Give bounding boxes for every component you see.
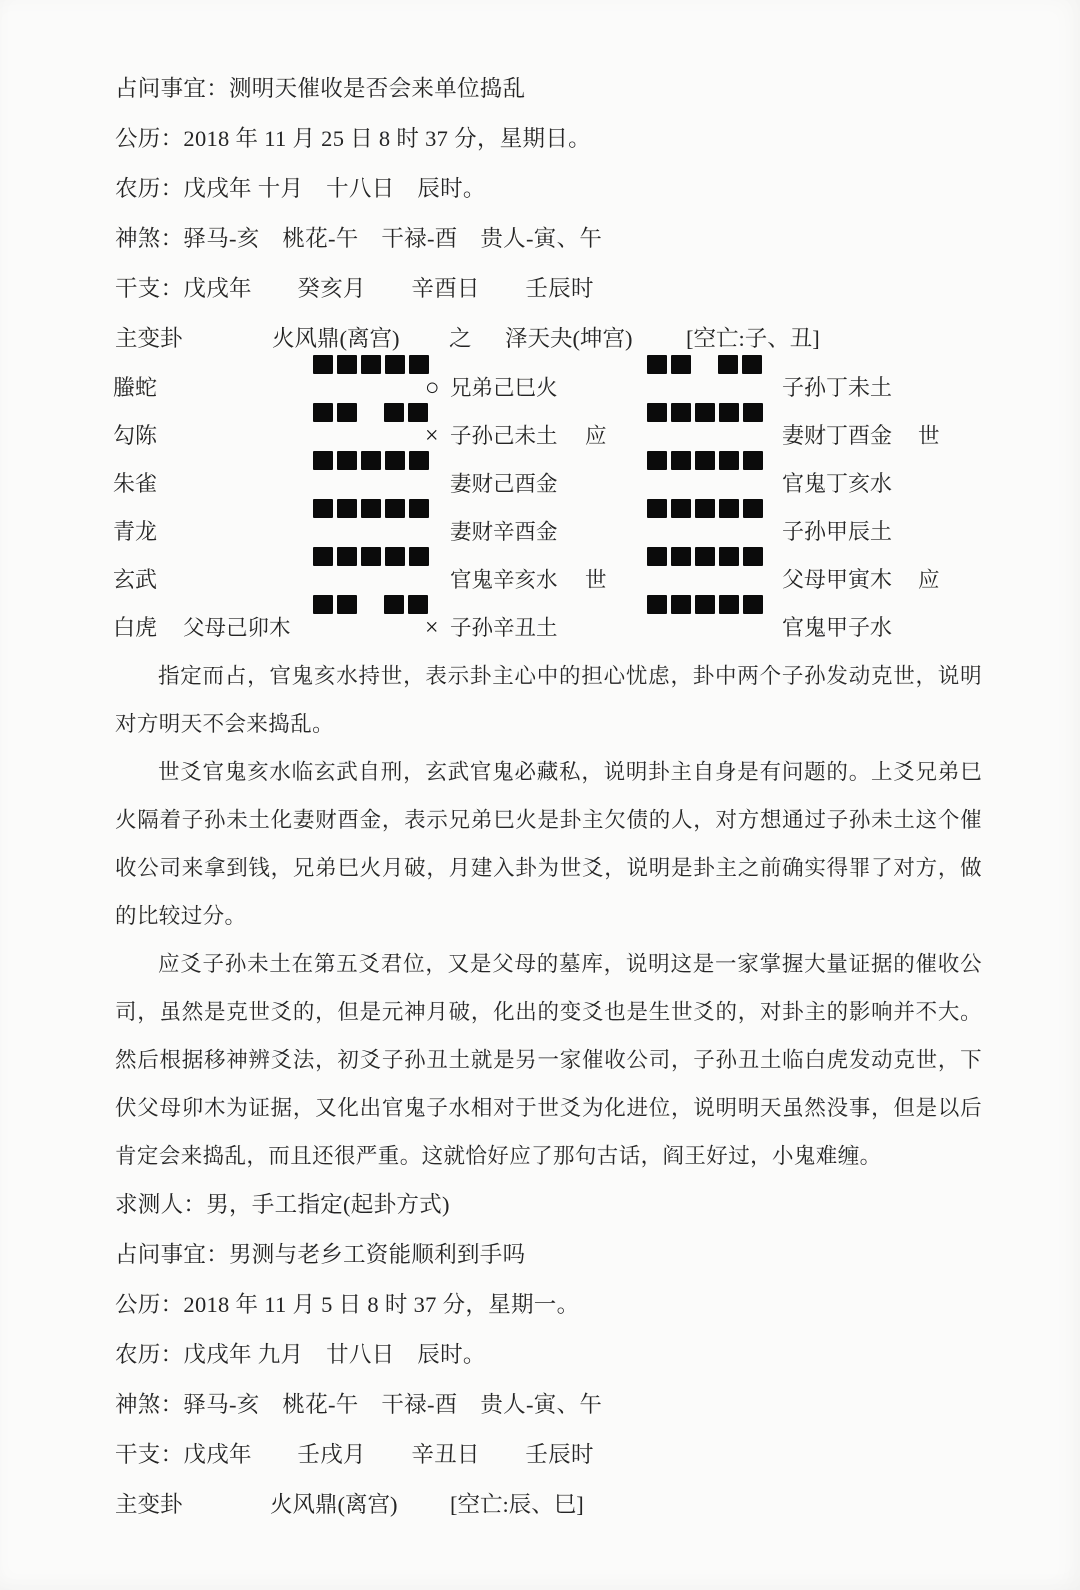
- bar-segment: [647, 499, 667, 518]
- line-relation-text: 子孙己未土: [450, 412, 558, 460]
- solar-date-line: 公历：2018 年 11 月 25 日 8 时 37 分，星期日。: [0, 114, 1080, 164]
- main-hexagram-name: 火风鼎(离宫): [270, 1480, 398, 1530]
- line-relation-text: 妻财辛酉金: [450, 508, 558, 556]
- bar-segment: [743, 595, 763, 614]
- hexagram-row: 朱雀 妻财己酉金 官鬼丁亥水: [0, 460, 1080, 508]
- bar-segment: [671, 451, 691, 470]
- lunar-date-line: 农历：戊戌年 九月 廿八日 辰时。: [0, 1330, 1080, 1380]
- yang-line: [647, 546, 767, 566]
- bar-segment: [361, 547, 381, 566]
- bar-segment: [337, 595, 357, 614]
- bar-segment: [695, 547, 715, 566]
- bar-segment: [647, 595, 667, 614]
- line-relation-text: 官鬼甲子水: [782, 604, 892, 652]
- kongwang-note: [空亡:辰、巳]: [450, 1480, 584, 1530]
- bar-segment: [385, 451, 405, 470]
- analysis-paragraph: 应爻子孙未土在第五爻君位，又是父母的墓库，说明这是一家掌握大量证据的催收公司，虽…: [115, 940, 982, 1180]
- line-relation-text: 妻财丁酉金: [782, 412, 892, 460]
- analysis-paragraph: 世爻官鬼亥水临玄武自刑，玄武官鬼必藏私，说明卦主自身是有问题的。上爻兄弟巳火隔着…: [115, 748, 982, 940]
- bar-segment: [671, 355, 691, 374]
- yang-line: [313, 354, 433, 374]
- yang-line: [313, 546, 433, 566]
- six-god-label: 青龙: [113, 508, 157, 556]
- yin-line: [647, 354, 766, 374]
- yang-line: [313, 450, 433, 470]
- bar-segment: [743, 403, 763, 422]
- six-god-label: 朱雀: [113, 460, 157, 508]
- hexagram-header: 主变卦 火风鼎(离宫) 之 泽天夬(坤宫) [空亡:子、丑]: [0, 314, 1080, 364]
- question-line: 占问事宜：测明天催收是否会来单位捣乱: [0, 64, 1080, 114]
- bar-segment: [647, 403, 667, 422]
- shi-ying-mark: 世: [585, 556, 607, 604]
- bar-segment: [719, 403, 739, 422]
- line-relation-text: 子孙甲辰土: [782, 508, 892, 556]
- bar-segment: [695, 499, 715, 518]
- shi-ying-mark: 应: [585, 412, 607, 460]
- bar-segment: [647, 451, 667, 470]
- shensha-line: 神煞：驿马-亥 桃花-午 干禄-酉 贵人-寅、午: [0, 1380, 1080, 1430]
- line-relation-text: 父母甲寅木: [782, 556, 892, 604]
- line-relation-text: 妻财己酉金: [450, 460, 558, 508]
- bar-segment: [409, 451, 429, 470]
- bar-segment: [313, 595, 333, 614]
- bar-segment: [647, 355, 667, 374]
- analysis-paragraph: 指定而占，官鬼亥水持世，表示卦主心中的担心忧虑，卦中两个子孙发动克世，说明对方明…: [115, 652, 982, 748]
- shi-ying-mark: 世: [918, 412, 940, 460]
- changed-hexagram-name: 泽天夬(坤宫): [505, 314, 633, 364]
- lunar-date-line: 农历：戊戌年 十月 十八日 辰时。: [0, 164, 1080, 214]
- bar-segment: [671, 403, 691, 422]
- bar-segment: [409, 547, 429, 566]
- yin-gap: [361, 595, 380, 614]
- bar-segment: [385, 499, 405, 518]
- bar-segment: [743, 547, 763, 566]
- hexagram-header: 主变卦 火风鼎(离宫) [空亡:辰、巳]: [0, 1480, 1080, 1530]
- bar-segment: [671, 595, 691, 614]
- bar-segment: [313, 451, 333, 470]
- zhi-connector: 之: [449, 314, 472, 364]
- bar-segment: [337, 547, 357, 566]
- hexagram-row: 白虎 父母己卯木 × 子孙辛丑土 官鬼甲子水: [0, 604, 1080, 652]
- bar-segment: [718, 355, 738, 374]
- hexagram-row: 勾陈 × 子孙己未土 应 妻财丁酉金 世: [0, 412, 1080, 460]
- yin-gap: [361, 403, 380, 422]
- bar-segment: [743, 499, 763, 518]
- bar-segment: [743, 451, 763, 470]
- six-god-label: 玄武: [113, 556, 157, 604]
- yang-line: [647, 450, 767, 470]
- yin-line: [313, 594, 432, 614]
- bar-segment: [384, 403, 404, 422]
- seeker-line: 求测人：男，手工指定(起卦方式): [0, 1180, 1080, 1230]
- hidden-line-text: 父母己卯木: [183, 604, 291, 652]
- line-relation-text: 官鬼丁亥水: [782, 460, 892, 508]
- bar-segment: [313, 547, 333, 566]
- shi-ying-mark: 应: [918, 556, 940, 604]
- bar-segment: [337, 499, 357, 518]
- bar-segment: [337, 355, 357, 374]
- yang-line: [313, 498, 433, 518]
- bar-segment: [361, 451, 381, 470]
- bar-segment: [695, 595, 715, 614]
- bar-segment: [409, 499, 429, 518]
- yang-line: [647, 498, 767, 518]
- line-relation-text: 子孙丁未土: [782, 364, 892, 412]
- bar-segment: [313, 499, 333, 518]
- bar-segment: [695, 451, 715, 470]
- bar-segment: [719, 499, 739, 518]
- bar-segment: [647, 547, 667, 566]
- hexagram-row: 青龙 妻财辛酉金 子孙甲辰土: [0, 508, 1080, 556]
- shensha-line: 神煞：驿马-亥 桃花-午 干禄-酉 贵人-寅、午: [0, 214, 1080, 264]
- main-changed-label: 主变卦: [115, 1480, 183, 1530]
- bar-segment: [384, 595, 404, 614]
- moving-line-symbol: ×: [425, 604, 439, 652]
- six-god-label: 螣蛇: [113, 364, 157, 412]
- bar-segment: [337, 451, 357, 470]
- bar-segment: [742, 355, 762, 374]
- line-relation-text: 兄弟己巳火: [450, 364, 558, 412]
- bar-segment: [385, 355, 405, 374]
- hexagram-row: 螣蛇 ○ 兄弟己巳火 子孙丁未土: [0, 364, 1080, 412]
- six-god-label: 勾陈: [113, 412, 157, 460]
- bar-segment: [695, 403, 715, 422]
- bar-segment: [719, 547, 739, 566]
- bar-segment: [337, 403, 357, 422]
- six-god-label: 白虎: [113, 604, 157, 652]
- bar-segment: [671, 547, 691, 566]
- bar-segment: [671, 499, 691, 518]
- bar-segment: [719, 595, 739, 614]
- question-line: 占问事宜：男测与老乡工资能顺利到手吗: [0, 1230, 1080, 1280]
- yin-line: [313, 402, 432, 422]
- hexagram-row: 玄武 官鬼辛亥水 世 父母甲寅木 应: [0, 556, 1080, 604]
- bar-segment: [361, 355, 381, 374]
- bar-segment: [313, 403, 333, 422]
- line-relation-text: 官鬼辛亥水: [450, 556, 558, 604]
- ganzhi-line: 干支：戊戌年 壬戌月 辛丑日 壬辰时: [0, 1430, 1080, 1480]
- bar-segment: [719, 451, 739, 470]
- ganzhi-line: 干支：戊戌年 癸亥月 辛酉日 壬辰时: [0, 264, 1080, 314]
- main-changed-label: 主变卦: [115, 314, 183, 364]
- yang-line: [647, 594, 767, 614]
- divination-document-page: 占问事宜：测明天催收是否会来单位捣乱 公历：2018 年 11 月 25 日 8…: [0, 0, 1080, 1590]
- bar-segment: [385, 547, 405, 566]
- bar-segment: [313, 355, 333, 374]
- line-relation-text: 子孙辛丑土: [450, 604, 558, 652]
- yin-gap: [695, 355, 714, 374]
- solar-date-line: 公历：2018 年 11 月 5 日 8 时 37 分，星期一。: [0, 1280, 1080, 1330]
- yang-line: [647, 402, 767, 422]
- bar-segment: [361, 499, 381, 518]
